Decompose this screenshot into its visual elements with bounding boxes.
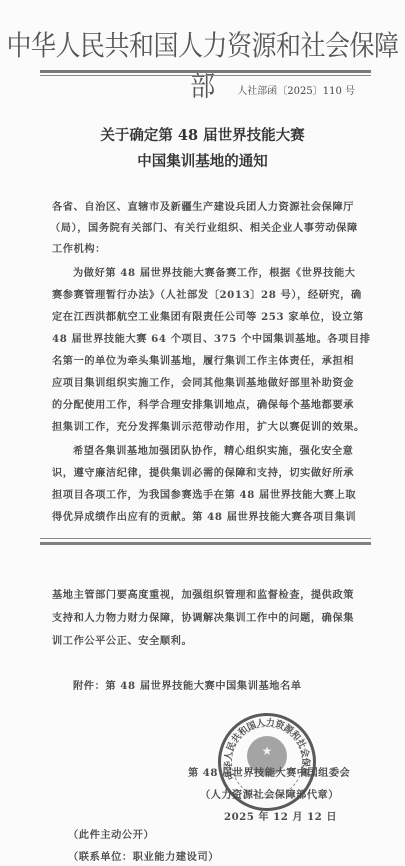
paragraph-line: 的分配使用工作，科学合理安排集训地点，确保每个基地都要承: [52, 396, 353, 411]
addressee-line: （局），国务院有关部门、有关行业组织、相关企业人事劳动保障: [50, 219, 351, 234]
paragraph-line: 名第一的单位为牵头集训基地，履行集训工作主体责任，承担相: [52, 352, 353, 367]
paragraph-line: 为做好第 48 届世界技能大赛备赛工作，根据《世界技能大: [73, 264, 374, 279]
paragraph-line: 赛参赛管理暂行办法》（人社部发〔2013〕28 号），经研究，确: [52, 286, 353, 301]
issue-date: 2025 年 12 月 12 日: [224, 808, 337, 823]
paragraph-line: 48 届世界技能大赛 64 个项目、375 个中国集训基地。各项目排: [52, 330, 353, 345]
notice-title-line1: 关于确定第 48 届世界技能大赛: [0, 124, 405, 145]
paragraph-line: 应项目集训组织实施工作，会同其他集训基地做好部里补助资金: [52, 374, 353, 389]
paragraph-line: 支持和人力物力财力保障，协调解决集训工作中的问题，确保集: [52, 609, 353, 624]
signing-committee: 第 48 届世界技能大赛中国组委会: [188, 764, 350, 779]
paragraph-line: 希望各集训基地加强团队协作，精心组织实施，强化安全意: [73, 442, 374, 457]
paragraph-line: 训工作公平公正、安全顺利。: [52, 632, 353, 647]
header-rule-thick: [40, 70, 371, 73]
paragraph-line: 识，遵守廉洁纪律，提供集训必需的保障和支持，切实做好所承: [52, 464, 353, 479]
seal-note: （人力资源社会保障部代章）: [200, 786, 339, 801]
addressee-line: 各省、自治区、直辖市及新疆生产建设兵团人力资源社会保障厅: [52, 198, 353, 213]
page-rule-thin: [40, 538, 371, 539]
paragraph-line: 担项目各项工作，为我国参赛选手在第 48 届世界技能大赛上取: [52, 486, 353, 501]
paragraph-line: 定在江西洪都航空工业集团有限责任公司等 253 家单位，设立第: [52, 308, 353, 323]
paragraph-line: 基地主管部门要高度重视，加强组织管理和监督检查，提供政策: [52, 586, 353, 601]
paragraph-line: 得优异成绩作出应有的贡献。第 48 届世界技能大赛各项目集训: [52, 508, 353, 523]
document-number: 人社部函〔2025〕110 号: [237, 82, 355, 97]
page-rule-thick: [40, 542, 371, 545]
notice-title-line2: 中国集训基地的通知: [0, 150, 405, 171]
contact-note: （联系单位：职业能力建设司）: [68, 848, 369, 863]
addressee-line: 工作机构：: [52, 240, 353, 255]
disclosure-note: （此件主动公开）: [68, 826, 369, 841]
paragraph-line: 担集训工作，充分发挥集训示范带动作用，扩大以赛促训的效果。: [52, 418, 353, 433]
document-page: 中华人民共和国人力资源和社会保障部 人社部函〔2025〕110 号 关于确定第 …: [0, 0, 405, 866]
attachment-line: 附件：第 48 届世界技能大赛中国集训基地名单: [73, 677, 374, 692]
header-rule-thin: [40, 75, 371, 76]
